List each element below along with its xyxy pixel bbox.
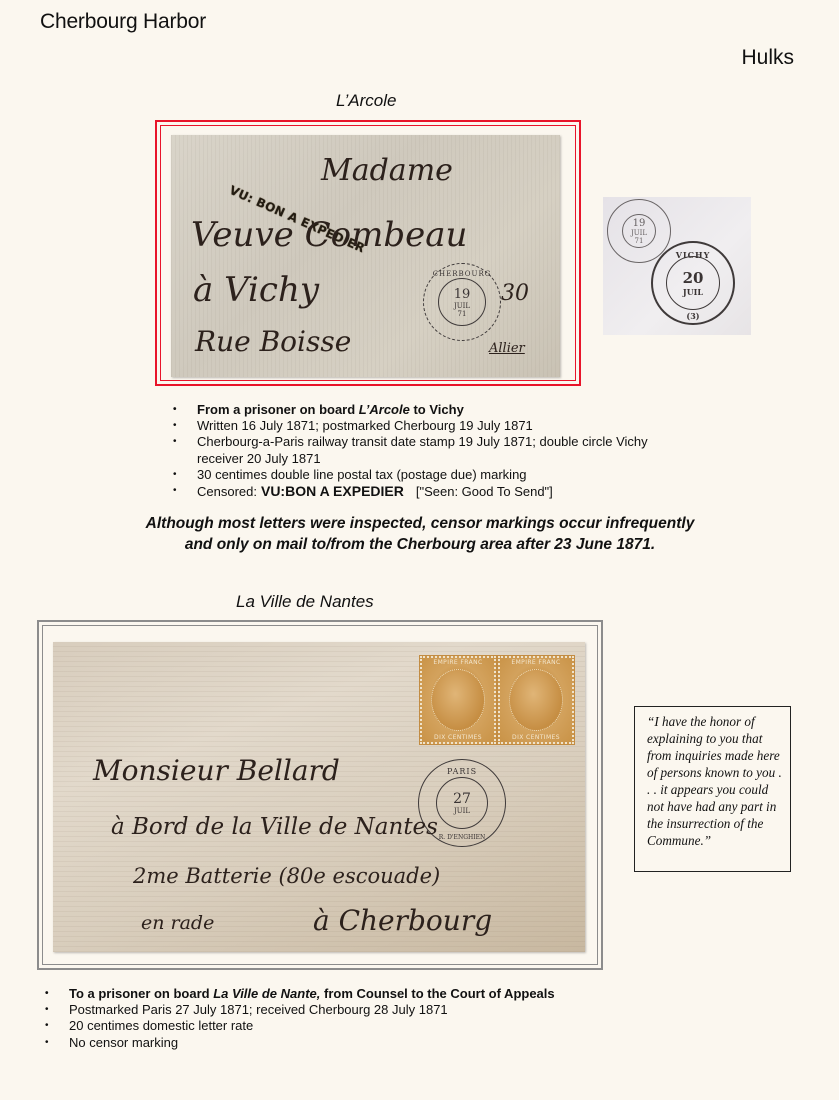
bullet-item: No censor marking xyxy=(45,1035,645,1051)
address-line: à Cherbourg xyxy=(313,904,492,937)
address-line: Madame xyxy=(321,153,453,188)
nantes-caption: La Ville de Nantes xyxy=(236,592,374,612)
counsel-quote: “I have the honor of explaining to you t… xyxy=(634,706,791,872)
postmark-detail-image: 19 JUIL 71 VICHY 20 JUIL (3) xyxy=(603,197,751,335)
arcole-cover-image: VU: BON A EXPEDIER Madame Veuve Combeau … xyxy=(171,135,560,377)
arcole-description: From a prisoner on board L’Arcole to Vic… xyxy=(173,402,693,500)
bullet-item: Censored:VU:BON A EXPEDIER["Seen: Good T… xyxy=(173,483,693,500)
address-line: Veuve Combeau xyxy=(191,215,467,255)
department-text: Allier xyxy=(489,341,525,356)
bullet-item: Written 16 July 1871; postmarked Cherbou… xyxy=(173,418,693,434)
nantes-cover-frame: EMPIRE FRANC DIX CENTIMES EMPIRE FRANC D… xyxy=(37,620,603,970)
address-line: Monsieur Bellard xyxy=(93,754,340,787)
address-line: en rade xyxy=(141,912,214,934)
nantes-description: To a prisoner on board La Ville de Nante… xyxy=(45,986,645,1051)
bullet-item: 20 centimes domestic letter rate xyxy=(45,1018,645,1034)
tax-marking: 30 xyxy=(501,281,529,306)
arcole-cover-frame: VU: BON A EXPEDIER Madame Veuve Combeau … xyxy=(155,120,581,386)
vichy-receiver-postmark: VICHY 20 JUIL (3) xyxy=(651,241,735,325)
cherbourg-postmark: CHERBOURG 19 JUIL 71 xyxy=(423,263,501,341)
page-topic: Hulks xyxy=(741,46,794,70)
address-line: Rue Boisse xyxy=(195,325,351,358)
nantes-cover-image: EMPIRE FRANC DIX CENTIMES EMPIRE FRANC D… xyxy=(53,642,585,952)
bullet-item: Cherbourg-a-Paris railway transit date s… xyxy=(173,434,693,466)
arcole-caption: L’Arcole xyxy=(336,91,396,111)
bullet-item: Postmarked Paris 27 July 1871; received … xyxy=(45,1002,645,1018)
censorship-note: Although most letters were inspected, ce… xyxy=(100,513,740,555)
stamp: EMPIRE FRANC DIX CENTIMES xyxy=(420,656,496,744)
page-title: Cherbourg Harbor xyxy=(40,10,206,34)
bullet-item: 30 centimes double line postal tax (post… xyxy=(173,467,693,483)
address-line: 2me Batterie (80e escouade) xyxy=(133,864,440,888)
stamp: EMPIRE FRANC DIX CENTIMES xyxy=(498,656,574,744)
bullet-item: To a prisoner on board La Ville de Nante… xyxy=(45,986,645,1002)
bullet-item: From a prisoner on board L’Arcole to Vic… xyxy=(173,402,693,418)
address-line: à Vichy xyxy=(193,270,319,310)
address-line: à Bord de la Ville de Nantes xyxy=(111,814,438,840)
